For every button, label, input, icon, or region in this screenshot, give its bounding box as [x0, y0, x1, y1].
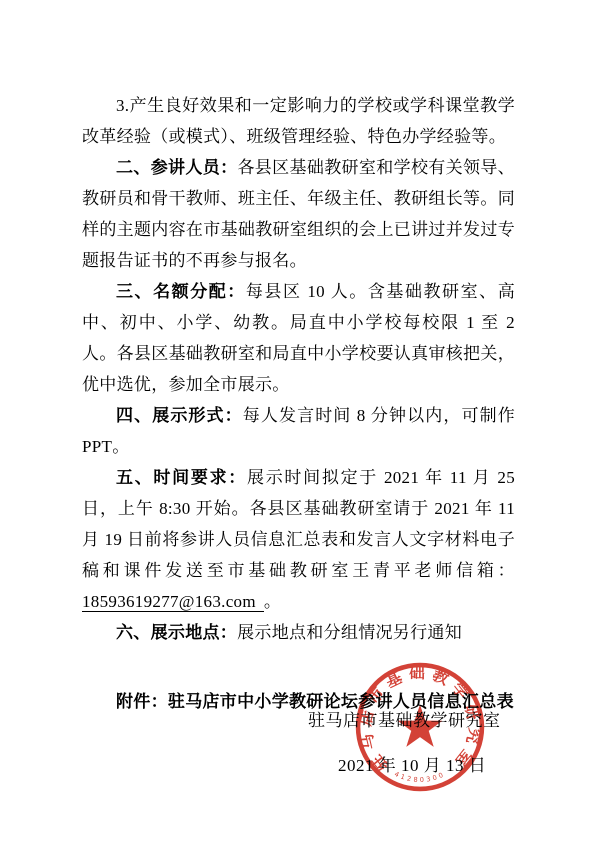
section-heading: 四、展示形式： [116, 406, 243, 425]
section-heading: 六、展示地点： [116, 623, 237, 642]
section-heading: 二、参讲人员： [116, 158, 237, 177]
paragraph-section-5: 五、时间要求：展示时间拟定于 2021 年 11 月 25 日，上午 8:30 … [82, 462, 515, 617]
paragraph-text: 。 [264, 592, 281, 611]
document-body: 3.产生良好效果和一定影响力的学校或学科课堂教学改革经验（或模式）、班级管理经验… [82, 90, 515, 717]
paragraph-item-3: 3.产生良好效果和一定影响力的学校或学科课堂教学改革经验（或模式）、班级管理经验… [82, 90, 515, 152]
document-page: 3.产生良好效果和一定影响力的学校或学科课堂教学改革经验（或模式）、班级管理经验… [0, 0, 593, 842]
paragraph-text: 3.产生良好效果和一定影响力的学校或学科课堂教学改革经验（或模式）、班级管理经验… [82, 96, 515, 146]
paragraph-section-2: 二、参讲人员：各县区基础教研室和学校有关领导、教研员和骨干教师、班主任、年级主任… [82, 152, 515, 276]
section-heading: 三、名额分配： [116, 282, 246, 301]
contact-email: 18593619277@163.com [82, 592, 264, 612]
section-heading: 五、时间要求： [116, 468, 247, 487]
signature-date: 2021 年 10 月 13 日 [338, 751, 486, 776]
paragraph-section-4: 四、展示形式：每人发言时间 8 分钟以内，可制作 PPT。 [82, 400, 515, 462]
paragraph-section-6: 六、展示地点：展示地点和分组情况另行通知 [82, 617, 515, 648]
paragraph-text: 展示地点和分组情况另行通知 [237, 623, 462, 642]
signature-organization: 驻马店市基础教学研究室 [308, 706, 501, 731]
paragraph-section-3: 三、名额分配：每县区 10 人。含基础教研室、高中、初中、小学、幼教。局直中小学… [82, 276, 515, 400]
